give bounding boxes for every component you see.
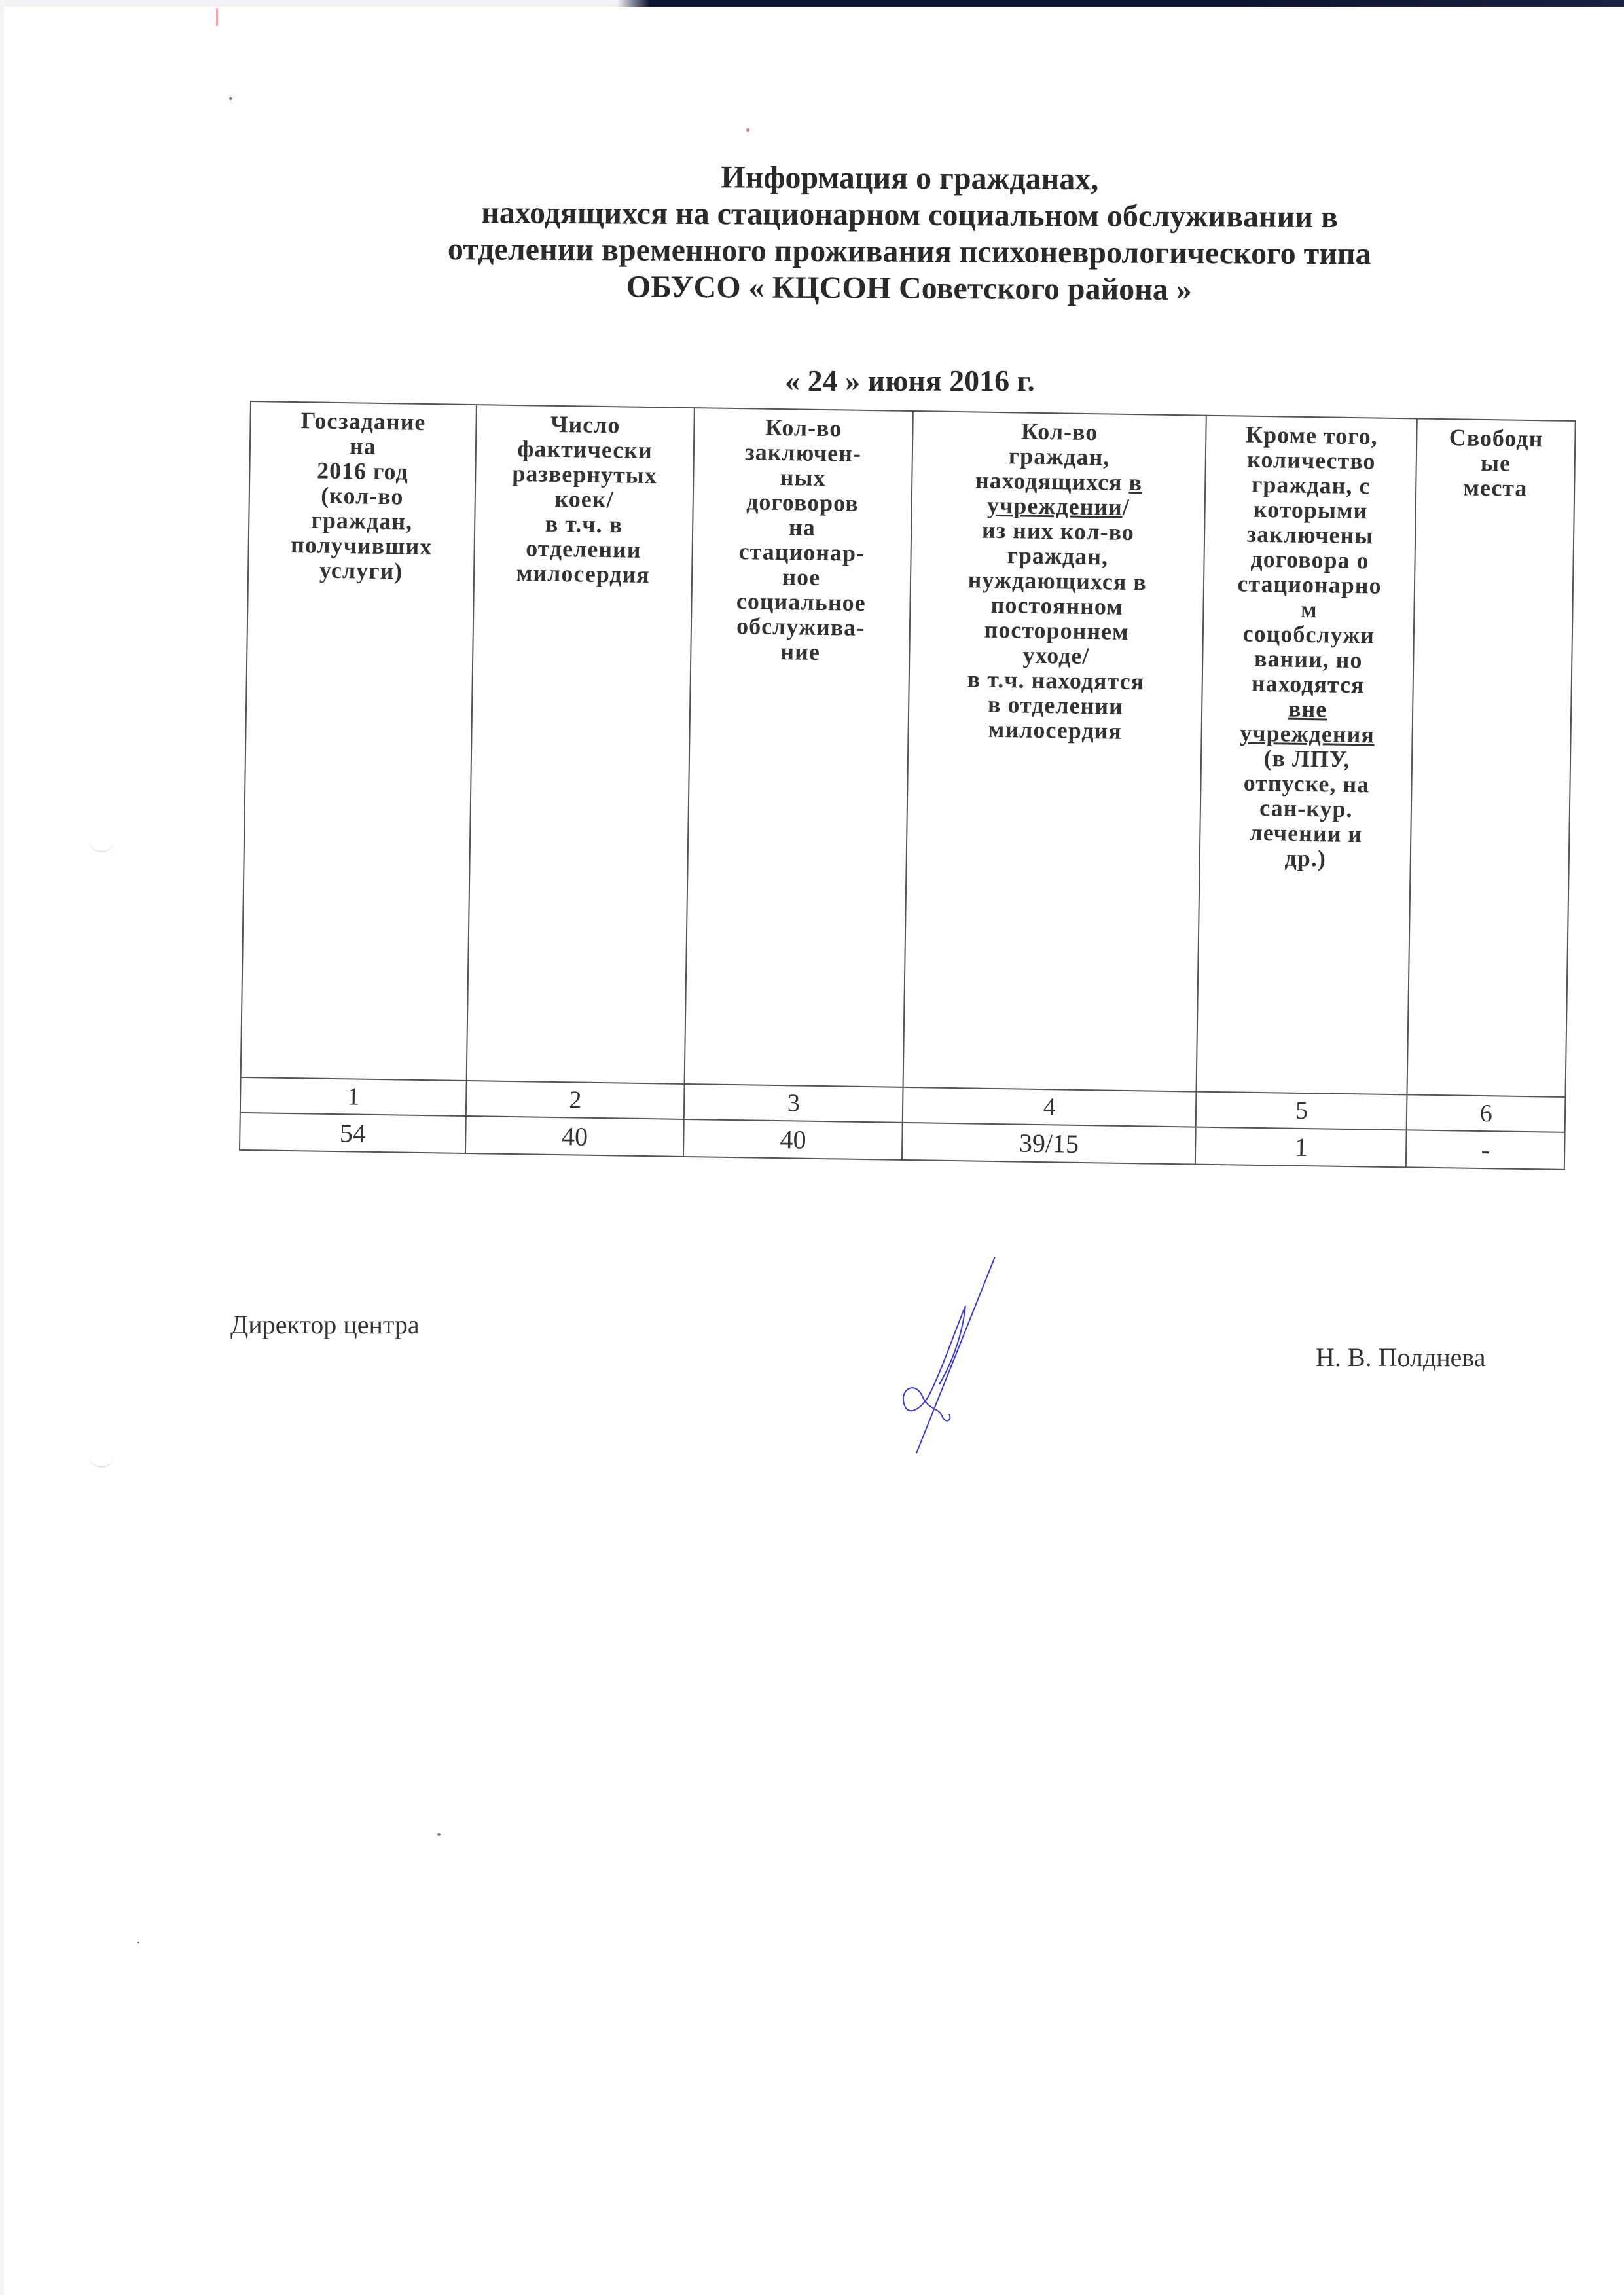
column-number: 4 (903, 1087, 1197, 1127)
header-line: договора о (1250, 546, 1369, 574)
header-line: милосердия (988, 716, 1122, 744)
header-line: стационарно (1237, 570, 1382, 598)
value-beds: 40 (465, 1116, 684, 1157)
signature-icon (831, 1244, 1001, 1466)
value-goszadanie: 54 (240, 1113, 466, 1153)
title-line: ОБУСО « КЦСОН Советского района » (314, 267, 1505, 310)
header-line: на (789, 514, 816, 541)
column-number: 5 (1196, 1092, 1407, 1130)
scan-speck (229, 97, 232, 100)
document-date: « 24 » июня 2016 г. (314, 363, 1506, 398)
report-table: Госзаданиена2016 год(кол-вограждан,получ… (239, 401, 1576, 1170)
header-line: Кол-во (765, 414, 842, 442)
header-line: сан-кур. (1259, 795, 1353, 822)
header-line: граждан, (1009, 443, 1110, 470)
header-line: уходе/ (1022, 642, 1089, 670)
header-line: лечении и (1249, 820, 1362, 848)
header-line: на (350, 433, 376, 460)
header-line: вании, но (1254, 645, 1363, 673)
header-line: коек/ (554, 486, 614, 513)
header-line: в т.ч. в (545, 511, 623, 538)
scan-speck (437, 1833, 441, 1836)
column-number: 3 (684, 1084, 903, 1123)
header-line: стационар- (738, 538, 865, 566)
header-line: заключены (1246, 521, 1373, 549)
header-free-places: Свободныеместа (1407, 418, 1576, 1096)
document-title: Информация о гражданах, находящихся на с… (314, 157, 1506, 310)
header-line: (в ЛПУ, (1263, 745, 1350, 772)
header-line: м (1301, 596, 1318, 623)
scan-edge-left (0, 0, 4, 2295)
title-line: отделении временного проживания психонев… (314, 230, 1505, 274)
column-number: 6 (1407, 1094, 1565, 1132)
header-line: граждан, с (1252, 471, 1371, 499)
scan-speck (137, 1942, 139, 1943)
column-number: 1 (240, 1077, 467, 1116)
header-line: отделении (526, 535, 641, 563)
value-citizens-outside: 1 (1195, 1127, 1407, 1168)
header-line: др.) (1284, 845, 1326, 872)
header-line: которыми (1254, 496, 1368, 524)
header-line: ных (780, 464, 825, 491)
header-line: развернутых (512, 460, 657, 488)
value-free-places: - (1406, 1130, 1564, 1170)
header-line: 2016 год (317, 458, 408, 485)
header-line: Кроме того, (1246, 422, 1378, 450)
header-line: Госзадание (300, 407, 425, 435)
punch-hole-shadow (88, 1447, 115, 1468)
value-citizens-in-institution: 39/15 (902, 1123, 1196, 1165)
punch-hole-shadow (88, 831, 115, 852)
header-line: договоров (746, 488, 859, 516)
header-line: услуги) (319, 557, 403, 585)
header-line: места (1463, 475, 1528, 501)
title-line: находящихся на стационарном социальном о… (314, 194, 1505, 237)
header-line: ние (780, 638, 820, 665)
signatory-position: Директор центра (230, 1309, 420, 1340)
header-goszadanie: Госзаданиена2016 год(кол-вограждан,получ… (241, 401, 477, 1081)
header-line: Кол-во (1021, 418, 1098, 445)
header-line: (кол-во (321, 482, 404, 510)
header-line: из них кол-во (982, 517, 1134, 545)
header-line: заключен- (745, 439, 861, 467)
header-line: ное (782, 564, 820, 590)
table-header-row: Госзаданиена2016 год(кол-вограждан,получ… (241, 401, 1576, 1097)
header-line: обслужива- (736, 613, 865, 641)
scan-speck (746, 128, 749, 132)
header-line: нуждающихся в (967, 566, 1147, 595)
header-line: находящихся (975, 467, 1129, 495)
header-line: Число (550, 411, 621, 439)
header-beds: Числофактическиразвернутыхкоек/в т.ч. во… (467, 405, 695, 1084)
header-line: количество (1247, 446, 1376, 475)
header-line: вне (1288, 696, 1327, 723)
value-contracts: 40 (683, 1119, 902, 1160)
header-line: учреждении (987, 492, 1123, 520)
header-line: учреждения (1240, 719, 1375, 748)
header-line: социальное (736, 588, 866, 616)
header-line: постоянном (990, 592, 1123, 620)
signatory-name: Н. В. Полднева (1316, 1342, 1486, 1373)
header-line: соцобслужи (1242, 621, 1375, 649)
header-line: ые (1481, 450, 1511, 477)
header-line: граждан, (311, 507, 412, 534)
column-number: 2 (466, 1081, 685, 1119)
header-line: в отделении (988, 691, 1123, 719)
header-underline: в (1128, 469, 1142, 496)
header-line: Свободн (1449, 424, 1543, 452)
title-line: Информация о гражданах, (314, 157, 1506, 200)
header-contracts: Кол-возаключен-ныхдоговоровнастационар-н… (685, 408, 913, 1087)
header-citizens-in-institution: Кол-вограждан,находящихся вучреждении/из… (903, 411, 1207, 1092)
header-line: постороннем (984, 617, 1129, 645)
header-line: в т.ч. находятся (967, 666, 1145, 695)
scan-artifact-mark (216, 8, 218, 26)
header-citizens-outside: Кроме того,количествограждан, скоторымиз… (1197, 416, 1417, 1095)
header-line: граждан, (1007, 542, 1108, 569)
header-line: фактически (517, 435, 653, 463)
header-line: находятся (1252, 670, 1365, 698)
header-line: получивших (291, 532, 433, 560)
scan-edge-top (0, 0, 1624, 7)
header-line: отпуске, на (1243, 770, 1369, 798)
header-line: милосердия (516, 560, 650, 588)
